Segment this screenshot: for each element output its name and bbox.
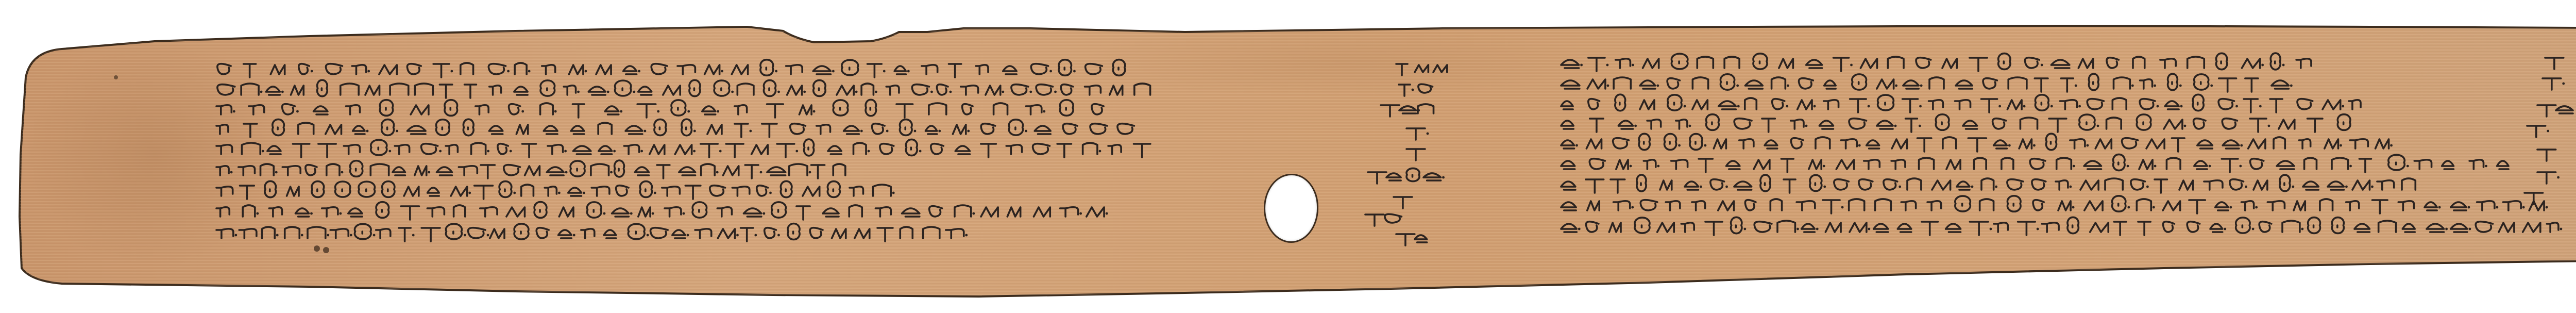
- margin-mark: ா: [2537, 166, 2554, 185]
- handwritten-ink: [1561, 132, 2401, 153]
- handwritten-ink: [1561, 72, 2298, 93]
- handwritten-ink: [1561, 194, 2555, 215]
- margin-mark: ன: [2524, 187, 2537, 205]
- handwritten-ink: [1561, 153, 2524, 173]
- right-text-block: திகைதபு டனமனவகுராெசனதுரிதெபரு வகிதாரபுஅத…: [1561, 52, 2566, 258]
- handwritten-ink: [2537, 166, 2558, 185]
- handwritten-ink: [2543, 72, 2563, 91]
- binding-hole: [1265, 175, 1317, 241]
- handwritten-ink: [1399, 78, 1436, 97]
- left-text-block: தனகெகனையபு கதிபெய வ ானகதாரெ னகைடமகுதிய இ…: [216, 58, 1159, 264]
- margin-mark: தூ: [1396, 228, 1410, 246]
- margin-mark: சூபு: [1368, 166, 1391, 185]
- handwritten-ink: [2524, 187, 2545, 205]
- handwritten-ink: [1561, 173, 2427, 194]
- handwritten-ink: [216, 118, 1144, 138]
- handwritten-ink: [2537, 143, 2558, 162]
- manuscript-photo: தனகெகனையபு கதிபெய வ ானகதாரெ னகைடமகுதிய இ…: [0, 0, 2576, 313]
- margin-mark: சி: [2537, 99, 2548, 118]
- right-margin-column: ம ா சி த ா ா ன: [2524, 52, 2576, 206]
- handwritten-ink: [1406, 122, 1427, 141]
- handwritten-ink: [1561, 112, 2365, 133]
- margin-mark: ன பு: [1396, 58, 1423, 76]
- handwritten-ink: [216, 222, 969, 242]
- handwritten-ink: [1561, 52, 2324, 72]
- handwritten-ink: [1406, 143, 1427, 161]
- margin-mark: ன: [1394, 191, 1406, 209]
- handwritten-ink: [1394, 191, 1414, 209]
- margin-mark: ந: [1406, 143, 1415, 161]
- handwritten-ink: [216, 58, 1139, 78]
- handwritten-ink: [2537, 99, 2574, 118]
- margin-mark: ா: [2537, 143, 2554, 162]
- handwritten-ink: [1561, 93, 2375, 113]
- handwritten-ink: [216, 159, 855, 179]
- handwritten-ink: [216, 200, 1113, 221]
- handwritten-ink: [216, 179, 896, 200]
- handwritten-ink: [216, 98, 1123, 119]
- handwritten-ink: [1368, 166, 1442, 185]
- margin-mark: ன: [1406, 122, 1419, 141]
- handwritten-ink: [1396, 58, 1452, 76]
- handwritten-ink: [216, 78, 1159, 99]
- margin-mark: ா ா: [1399, 78, 1437, 97]
- handwritten-ink: [216, 138, 1159, 158]
- handwritten-ink: [2527, 120, 2548, 138]
- margin-mark: த: [2527, 120, 2536, 138]
- handwritten-ink: [1365, 208, 1402, 227]
- handwritten-ink: [1381, 99, 1436, 118]
- left-margin-column: ன பு ா ா சூ ன ன ந சூபு ன ா ன தூ: [1365, 58, 1458, 264]
- margin-mark: ா ன: [1365, 208, 1400, 227]
- margin-mark: ா: [2543, 72, 2560, 91]
- handwritten-ink: [2545, 52, 2566, 70]
- handwritten-ink: [1396, 228, 1433, 246]
- margin-mark: சூ ன: [1381, 99, 1411, 118]
- handwritten-ink: [1561, 216, 2571, 236]
- margin-mark: ம: [2545, 52, 2556, 70]
